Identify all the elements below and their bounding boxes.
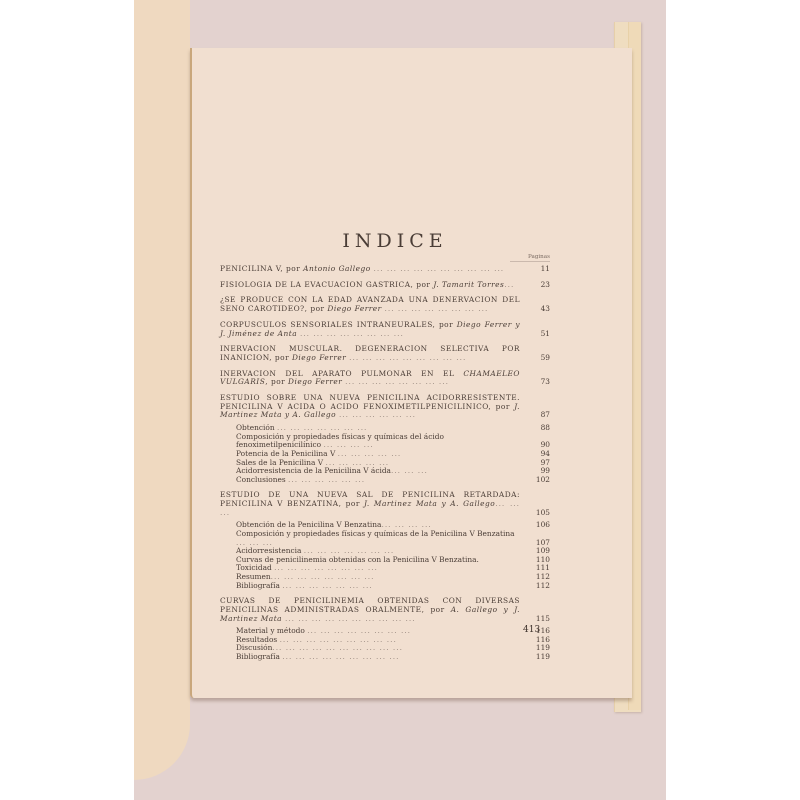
toc-entry: CORPUSCULOS SENSORIALES INTRANEURALES, p… — [220, 321, 550, 338]
page-ref: 11 — [541, 265, 550, 274]
page-ref: 87 — [541, 411, 550, 420]
toc-entry: CURVAS DE PENICILINEMIA OBTENIDAS CON DI… — [220, 597, 550, 623]
toc-subentry: Bibliografía ... ... ... ... ... ... ...… — [220, 653, 550, 662]
page-ref: 59 — [541, 354, 550, 363]
page-ref: 115 — [536, 615, 550, 624]
toc-subentry: Composición y propiedades físicas y quím… — [220, 530, 550, 547]
toc-entry: INERVACION MUSCULAR. DEGENERACION SELECT… — [220, 345, 550, 362]
page-ref: 51 — [541, 330, 550, 339]
toc-entry: ¿SE PRODUCE CON LA EDAD AVANZADA UNA DEN… — [220, 296, 550, 313]
pages-column-header: Paginas — [510, 254, 550, 262]
toc-subentry: Conclusiones ... ... ... ... ... ...102 — [220, 476, 550, 485]
toc-entry: ESTUDIO DE UNA NUEVA SAL DE PENICILINA R… — [220, 491, 550, 517]
toc-subentry: Bibliografía ... ... ... ... ... ... ...… — [220, 582, 550, 591]
page-ref: 23 — [541, 281, 550, 290]
toc-subentries: Material y método ... ... ... ... ... ..… — [220, 627, 550, 661]
toc-entry: INERVACION DEL APARATO PULMONAR EN EL CH… — [220, 370, 550, 387]
toc-entry: FISIOLOGIA DE LA EVACUACION GASTRICA, po… — [220, 281, 550, 290]
toc-subentry: Composición y propiedades físicas y quím… — [220, 433, 550, 450]
left-page-edge — [134, 0, 190, 780]
page-ref: 43 — [541, 305, 550, 314]
toc-subentries: Obtención ... ... ... ... ... ... ...88 … — [220, 424, 550, 484]
page-ref: 105 — [536, 509, 550, 518]
toc-entry: PENICILINA V, por Antonio Gallego ... ..… — [220, 265, 550, 274]
page-title: INDICE — [220, 230, 550, 252]
toc-entry: ESTUDIO SOBRE UNA NUEVA PENICILINA ACIDO… — [220, 394, 550, 420]
page-ref: 73 — [541, 378, 550, 387]
page-number: 413 — [523, 625, 540, 635]
toc-subentries: Obtención de la Penicilina V Benzatina..… — [220, 521, 550, 590]
index-content: INDICE Paginas PENICILINA V, por Antonio… — [220, 230, 550, 669]
